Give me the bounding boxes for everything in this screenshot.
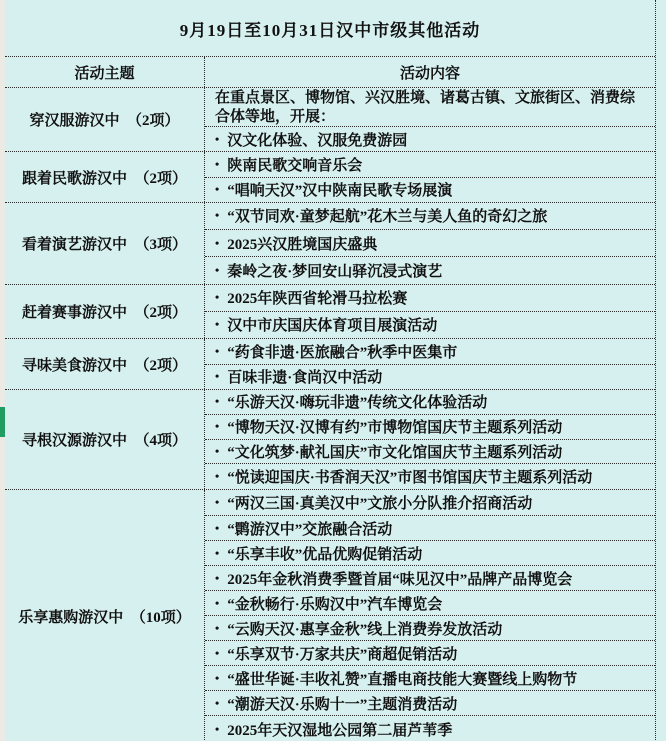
document-page: 9月19日至10月31日汉中市级其他活动 活动主题 活动内容 穿汉服游汉中 （2… [0,0,666,741]
content-cell: 在重点景区、博物馆、兴汉胜境、诸葛古镇、文旅街区、消费综合体等地，开展： [205,88,655,127]
table-row-performance: 看着演艺游汉中 （3项） • “双节同欢·童梦起航”花木兰与美人鱼的奇幻之旅 •… [5,203,655,285]
activity-item-text: 汉中市庆国庆体育项目展演活动 [227,314,437,335]
bullet-icon: • [215,444,219,459]
page-left-margin [0,0,5,741]
activity-item-text: “双节同欢·童梦起航”花木兰与美人鱼的奇幻之旅 [227,205,547,226]
activity-item-text: “唱响天汉”汉中陕南民歌专场展演 [227,179,452,200]
activity-item-text: “云购天汉·惠享金秋”线上消费券发放活动 [227,618,502,639]
bullet-icon: • [215,132,219,147]
bullet-icon: • [215,419,219,434]
content-cell: • “乐享双节·万家共庆”商超促销活动 [205,641,655,666]
table-row-shopping: 乐享惠购游汉中 （10项） • “两汉三国·真美汉中”文旅小分队推介招商活动 •… [5,490,655,741]
bullet-icon: • [215,208,219,223]
content-cell: • “乐游天汉·嗨玩非遗”传统文化体验活动 [205,390,655,415]
content-cell: • “潮游天汉·乐购十一”主题消费活动 [205,691,655,716]
content-cell: • “唱响天汉”汉中陕南民歌专场展演 [205,178,655,203]
bullet-icon: • [215,157,219,172]
bullet-icon: • [215,236,219,251]
theme-cell: 看着演艺游汉中 （3项） [5,203,205,284]
theme-cell: 寻根汉源游汉中 （4项） [5,390,205,489]
bullet-icon: • [215,671,219,686]
content-cell: • 秦岭之夜·梦回安山驿沉浸式演艺 [205,257,655,284]
header-activity-theme: 活动主题 [5,57,205,87]
bullet-icon: • [215,182,219,197]
content-cell: • 汉中市庆国庆体育项目展演活动 [205,312,655,338]
theme-cell: 穿汉服游汉中 （2项） [5,88,205,151]
table-row-folksong: 跟着民歌游汉中 （2项） • 陕南民歌交响音乐会 • “唱响天汉”汉中陕南民歌专… [5,152,655,203]
bullet-icon: • [215,646,219,661]
content-cell: • 2025兴汉胜境国庆盛典 [205,230,655,258]
content-cell: • “金秋畅行·乐购汉中”汽车博览会 [205,591,655,616]
activity-item-text: 百味非遗·食尚汉中活动 [227,366,382,387]
content-cell: • “云购天汉·惠享金秋”线上消费券发放活动 [205,616,655,641]
bullet-icon: • [215,369,219,384]
activity-item-text: 陕南民歌交响音乐会 [227,154,362,175]
bullet-icon: • [215,621,219,636]
content-cell: • “盛世华诞·丰收礼赞”直播电商技能大赛暨线上购物节 [205,666,655,691]
content-cell: • “乐享丰收”优品优购促销活动 [205,541,655,566]
bullet-icon: • [215,495,219,510]
theme-cell: 乐享惠购游汉中 （10项） [5,490,205,741]
content-cell: • “药食非遗·医旅融合”秋季中医集市 [205,339,655,365]
table-title: 9月19日至10月31日汉中市级其他活动 [5,0,655,57]
bullet-icon: • [215,596,219,611]
bullet-icon: • [215,521,219,536]
theme-cell: 寻味美食游汉中 （2项） [5,339,205,389]
content-cell: • 2025年陕西省轮滑马拉松赛 [205,285,655,312]
header-activity-content: 活动内容 [205,57,655,87]
bullet-icon: • [215,696,219,711]
content-cell: • 陕南民歌交响音乐会 [205,152,655,178]
activity-item-text: “乐享丰收”优品优购促销活动 [227,543,422,564]
activity-item-text: “鹮游汉中”交旅融合活动 [227,518,392,539]
table-header-row: 活动主题 活动内容 [5,57,655,88]
activity-item-text: “文化筑梦·献礼国庆”市文化馆国庆节主题系列活动 [227,441,562,462]
activity-item-text: “潮游天汉·乐购十一”主题消费活动 [227,693,457,714]
scroll-position-marker [0,407,5,437]
bullet-icon: • [215,317,219,332]
theme-cell: 赶着赛事游汉中 （2项） [5,285,205,338]
content-cell: • “博物天汉·汉博有约”市博物馆国庆节主题系列活动 [205,415,655,440]
table-row-hanfu: 穿汉服游汉中 （2项） 在重点景区、博物馆、兴汉胜境、诸葛古镇、文旅街区、消费综… [5,88,655,152]
activity-item-text: “乐享双节·万家共庆”商超促销活动 [227,643,457,664]
content-cell: • 2025年金秋消费季暨首届“味见汉中”品牌产品博览会 [205,566,655,591]
activity-item-text: 2025年金秋消费季暨首届“味见汉中”品牌产品博览会 [227,568,572,589]
content-cell: • “文化筑梦·献礼国庆”市文化馆国庆节主题系列活动 [205,440,655,465]
content-cell: • “悦读迎国庆·书香润天汉”市图书馆国庆节主题系列活动 [205,464,655,489]
activity-item-text: 汉文化体验、汉服免费游园 [227,129,407,150]
content-cell: • 百味非遗·食尚汉中活动 [205,365,655,390]
activity-item-text: 2025年天汉湿地公园第二届芦苇季 [227,719,452,740]
content-cell: • “鹮游汉中”交旅融合活动 [205,516,655,541]
activity-item-text: 秦岭之夜·梦回安山驿沉浸式演艺 [227,260,442,281]
bullet-icon: • [215,722,219,737]
bullet-icon: • [215,571,219,586]
bullet-icon: • [215,290,219,305]
activity-item-text: “乐游天汉·嗨玩非遗”传统文化体验活动 [227,391,487,412]
content-cell: • 汉文化体验、汉服免费游园 [205,127,655,151]
content-cell: • “两汉三国·真美汉中”文旅小分队推介招商活动 [205,490,655,516]
activity-item-text: “两汉三国·真美汉中”文旅小分队推介招商活动 [227,492,532,513]
activity-item-text: “盛世华诞·丰收礼赞”直播电商技能大赛暨线上购物节 [227,668,577,689]
table-row-sports: 赶着赛事游汉中 （2项） • 2025年陕西省轮滑马拉松赛 • 汉中市庆国庆体育… [5,285,655,339]
bullet-icon: • [215,344,219,359]
bullet-icon: • [215,263,219,278]
content-cell: • 2025年天汉湿地公园第二届芦苇季 [205,716,655,741]
intro-text: 在重点景区、博物馆、兴汉胜境、诸葛古镇、文旅街区、消费综合体等地，开展： [215,89,649,127]
content-cell: • “双节同欢·童梦起航”花木兰与美人鱼的奇幻之旅 [205,203,655,230]
activity-item-text: “药食非遗·医旅融合”秋季中医集市 [227,341,457,362]
activity-item-text: “悦读迎国庆·书香润天汉”市图书馆国庆节主题系列活动 [227,466,592,487]
bullet-icon: • [215,469,219,484]
activity-item-text: 2025年陕西省轮滑马拉松赛 [227,287,407,308]
activity-item-text: “金秋畅行·乐购汉中”汽车博览会 [227,593,442,614]
table-row-heritage: 寻根汉源游汉中 （4项） • “乐游天汉·嗨玩非遗”传统文化体验活动 • “博物… [5,390,655,490]
bullet-icon: • [215,546,219,561]
activity-item-text: “博物天汉·汉博有约”市博物馆国庆节主题系列活动 [227,416,562,437]
table-row-food: 寻味美食游汉中 （2项） • “药食非遗·医旅融合”秋季中医集市 • 百味非遗·… [5,339,655,390]
activities-table: 9月19日至10月31日汉中市级其他活动 活动主题 活动内容 穿汉服游汉中 （2… [5,0,656,741]
theme-cell: 跟着民歌游汉中 （2项） [5,152,205,202]
activity-item-text: 2025兴汉胜境国庆盛典 [227,233,377,254]
bullet-icon: • [215,394,219,409]
